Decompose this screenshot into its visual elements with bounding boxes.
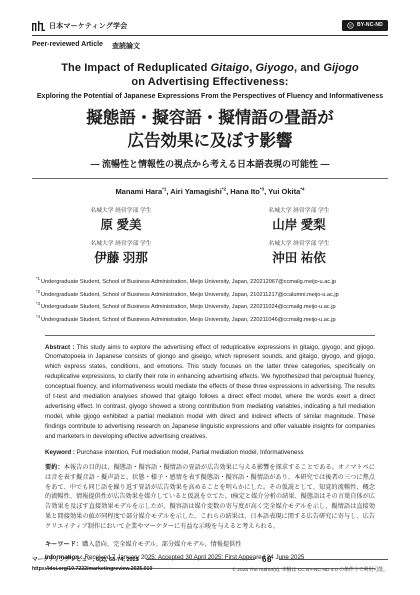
subtitle-english: Exploring the Potential of Japanese Expr…	[32, 93, 388, 100]
page-number: 68	[262, 555, 272, 564]
author-affiliation: 名城大学 経営学部 学生	[32, 205, 210, 214]
author-affiliation: 名城大学 経営学部 学生	[32, 238, 210, 247]
authors-english-line: Manami Hara*1, Airi Yamagishi*2, Hana It…	[32, 186, 388, 196]
article-type-japanese: 査読論文	[112, 41, 140, 51]
keyword-text: Purchase intention, Full mediation model…	[77, 449, 304, 456]
author-en-name: , Hana Ito*3	[226, 187, 264, 196]
title-english: The Impact of Reduplicated Gitaigo, Giyo…	[32, 61, 388, 90]
author-en-name: Manami Hara*1	[115, 187, 166, 196]
keyword-english: Keyword : Purchase intention, Full media…	[45, 449, 375, 456]
footnote-text: Undergraduate Student, School of Busines…	[41, 291, 339, 297]
keyword-ja-label: キーワード：	[45, 541, 82, 548]
footnote-mark: *4	[36, 314, 40, 319]
author-affiliation: 名城大学 経営学部 学生	[210, 205, 388, 214]
subtitle-japanese: ― 流暢性と情報性の視点から考える日本語表現の可能性 ―	[32, 157, 388, 170]
author-affiliation: 名城大学 経営学部 学生	[210, 238, 388, 247]
author-name-japanese: 沖田 祐依	[210, 248, 388, 266]
author-name-japanese: 原 愛美	[32, 215, 210, 233]
paper-first-page: 日本マーケティング学会 cc BY-NC-ND Peer-reviewed Ar…	[0, 0, 420, 569]
footer-citation-row: マーケティングレビュー, 6(2), 68-74, 2025 68	[32, 555, 388, 564]
abstract-ja-text: 本報告の目的は、擬態語・擬容語・擬情語の畳語が広告効果に与える影響を探求すること…	[45, 464, 375, 531]
journal-citation: マーケティングレビュー, 6(2), 68-74, 2025	[32, 555, 139, 563]
cc-icon: cc	[347, 22, 354, 29]
license-type-label: BY-NC-ND	[357, 23, 383, 28]
footer-rule-right	[279, 559, 388, 560]
society-logo-group: 日本マーケティング学会	[32, 21, 127, 31]
author-footnotes: *1Undergraduate Student, School of Busin…	[32, 275, 388, 326]
footnote-mark: *3	[36, 301, 40, 306]
title-japanese: 擬態語・擬容語・擬情語の畳語が 広告効果に及ぼす影響	[32, 107, 388, 154]
abstract-english: Abstract : This study aims to explore th…	[45, 343, 375, 442]
author-footnote-mark: *4	[300, 186, 304, 191]
header-divider	[32, 35, 388, 36]
keyword-label: Keyword :	[45, 449, 75, 456]
title-block: The Impact of Reduplicated Gitaigo, Giyo…	[32, 61, 388, 170]
author-name-japanese: 山岸 愛梨	[210, 215, 388, 233]
keyword-ja-text: 購入意向、完全媒介モデル、部分媒介モデル、情報提供性	[82, 541, 241, 548]
footnote-text: Undergraduate Student, School of Busines…	[41, 304, 336, 310]
footer-rule-left	[146, 559, 255, 560]
jma-logo-icon	[32, 21, 45, 31]
article-type-english: Peer-reviewed Article	[32, 41, 103, 51]
abstract-label: Abstract :	[45, 344, 74, 351]
author-card: 名城大学 経営学部 学生 原 愛美	[32, 205, 210, 233]
author-en-name: , Airi Yamagishi*2	[166, 187, 226, 196]
footnote-mark: *1	[36, 276, 40, 281]
author-card: 名城大学 経営学部 学生 伊藤 羽那	[32, 238, 210, 266]
cc-license-badge[interactable]: cc BY-NC-ND	[342, 20, 388, 31]
footnote-line: *4Undergraduate Student, School of Busin…	[36, 313, 384, 326]
keyword-japanese: キーワード：購入意向、完全媒介モデル、部分媒介モデル、情報提供性	[45, 539, 375, 548]
doi-link[interactable]: https://doi.org/10.7222/marketingreview.…	[32, 566, 152, 573]
author-card: 名城大学 経営学部 学生 山岸 愛梨	[210, 205, 388, 233]
copyright-notice: © 2025 The Author(s). 本稿は CC BY-NC-ND 4.…	[232, 566, 388, 573]
title-english-line2: on Advertising Effectiveness:	[32, 75, 388, 89]
footnote-text: Undergraduate Student, School of Busines…	[41, 279, 336, 285]
footnote-line: *2Undergraduate Student, School of Busin…	[36, 288, 384, 301]
footnote-line: *3Undergraduate Student, School of Busin…	[36, 300, 384, 313]
author-en-name: , Yui Okita*4	[264, 187, 304, 196]
authors-grid: 名城大学 経営学部 学生 原 愛美 名城大学 経営学部 学生 山岸 愛梨 名城大…	[32, 200, 388, 266]
title-japanese-line2: 広告効果に及ぼす影響	[32, 130, 388, 153]
society-name: 日本マーケティング学会	[49, 21, 127, 31]
author-card: 名城大学 経営学部 学生 沖田 祐依	[210, 238, 388, 266]
footer-meta-row: https://doi.org/10.7222/marketingreview.…	[32, 566, 388, 573]
abstract-text: This study aims to explore the advertisi…	[45, 344, 375, 440]
article-type-row: Peer-reviewed Article 査読論文	[32, 41, 388, 51]
title-divider	[32, 178, 388, 179]
svg-text:cc: cc	[349, 24, 353, 28]
title-japanese-line1: 擬態語・擬容語・擬情語の畳語が	[32, 107, 388, 130]
footnote-text: Undergraduate Student, School of Busines…	[41, 317, 336, 323]
journal-header: 日本マーケティング学会 cc BY-NC-ND	[32, 20, 388, 31]
footnote-line: *1Undergraduate Student, School of Busin…	[36, 275, 384, 288]
abstract-top-divider	[45, 335, 375, 336]
abstract-ja-label: 要約：	[45, 464, 64, 471]
author-name-japanese: 伊藤 羽那	[32, 248, 210, 266]
footnote-mark: *2	[36, 289, 40, 294]
abstract-section: Abstract : This study aims to explore th…	[45, 335, 375, 570]
abstract-japanese: 要約：本報告の目的は、擬態語・擬容語・擬情語の畳語が広告効果に与える影響を探求す…	[45, 463, 375, 532]
page-footer: マーケティングレビュー, 6(2), 68-74, 2025 68 https:…	[32, 555, 388, 574]
title-english-line1: The Impact of Reduplicated Gitaigo, Giyo…	[32, 61, 388, 75]
